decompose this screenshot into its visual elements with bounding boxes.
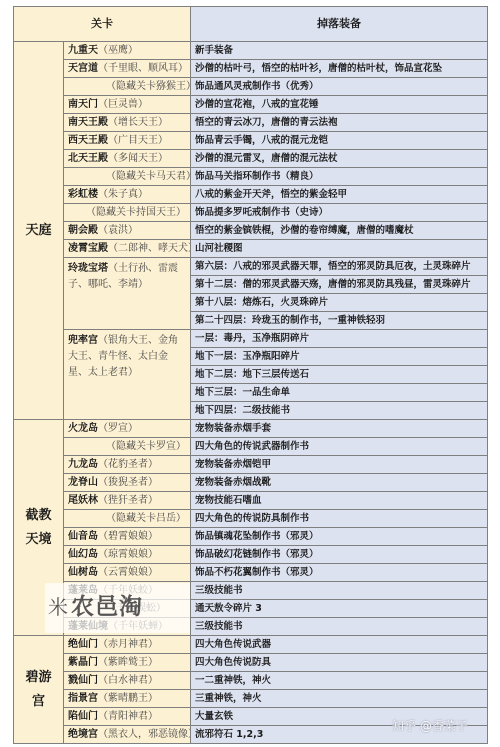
- level-name: 陷仙门: [68, 711, 98, 722]
- level-cell: 九龙岛（花豹圣者）: [64, 456, 191, 474]
- drop-cell: 地下一层：玉净瓶阳碎片: [191, 348, 488, 366]
- section-name-line1: 截教: [25, 508, 51, 523]
- boss-name: （增长天王）: [108, 117, 168, 128]
- boss-name: （黑衣人，邪恶镜像）: [98, 729, 191, 740]
- drop-cell: 宠物装备赤烟铠甲: [191, 456, 488, 474]
- table-row: 天庭 九重天（巫鹰） 新手装备: [14, 42, 488, 60]
- level-cell: 彩虹楼（朱子真）: [64, 186, 191, 204]
- level-name: 凌霄宝殿: [68, 243, 108, 254]
- level-name: 指景宫: [68, 693, 98, 704]
- level-name: 仙幻岛: [68, 549, 98, 560]
- boss-name: （紫眸鹫王）: [98, 657, 158, 668]
- level-name: 仙树岛: [68, 567, 98, 578]
- boss-name: （巨灵兽）: [98, 99, 148, 110]
- drop-cell: 一二重神铁，神火: [191, 672, 488, 690]
- table-row: 截教天境 火龙岛（罗宣） 宠物装备赤烟手套: [14, 420, 488, 438]
- hidden-boss-name: （隐藏关卡持国天王）: [68, 207, 186, 218]
- section-biyougong: 碧游宫: [14, 636, 64, 744]
- hidden-boss-name: （隐藏关卡罗宣）: [68, 441, 186, 452]
- section-name-line1: 碧游: [25, 670, 51, 685]
- level-name: 兜率宫: [68, 335, 98, 346]
- drop-cell: 悟空的青云冰刀，唐僧的青云法袍: [191, 114, 488, 132]
- table-row: 兜率宫（银角大王、金角大王、青牛怪、太白金星、太上老君） 一层：毒丹，玉净瓶阴碎…: [14, 330, 488, 348]
- level-cell: 戮仙门（白水神君）: [64, 672, 191, 690]
- table-row: 仙幻岛（琼霄娘娘） 饰品破幻花链制作书（邪灵）: [14, 546, 488, 564]
- level-name: 朝会殿: [68, 225, 98, 236]
- boss-name: （巫鹰）: [98, 45, 138, 56]
- level-cell: 西天王殿（广目天王）: [64, 132, 191, 150]
- level-cell: 朝会殿（袁洪）: [64, 222, 191, 240]
- drop-cell: 沙僧的混元雷叉，唐僧的混元法杖: [191, 150, 488, 168]
- table-row: 玲珑宝塔（土行孙、雷震子、哪吒、李靖） 第六层：八戒的邪灵武器天罪，悟空的邪灵防…: [14, 258, 488, 276]
- level-cell: 仙幻岛（琼霄娘娘）: [64, 546, 191, 564]
- level-name: 玲珑宝塔: [68, 263, 108, 274]
- drop-cell: 宠物装备赤烟战靴: [191, 474, 488, 492]
- drop-cell: 第十二层：僧的邪灵武器天殇，唐僧的邪灵防具残昼，雷灵珠碎片: [191, 276, 488, 294]
- level-name: 九龙岛: [68, 459, 98, 470]
- boss-name: （狻猊圣者）: [98, 477, 158, 488]
- boss-name: （白水神君）: [98, 675, 158, 686]
- boss-name: （花豹圣者）: [98, 459, 158, 470]
- level-cell: 火龙岛（罗宣）: [64, 420, 191, 438]
- table-row: （隐藏关卡猕猴王） 饰品通风灵戒制作书（优秀）: [14, 78, 488, 96]
- drop-cell: 饰品破幻花链制作书（邪灵）: [191, 546, 488, 564]
- boss-name: （青阳神君）: [98, 711, 158, 722]
- drop-cell: 山河社稷图: [191, 240, 488, 258]
- table-row: 仙树岛（云霄娘娘） 饰品不朽花翼制作书（邪灵）: [14, 564, 488, 582]
- level-name: 绝仙门: [68, 639, 98, 650]
- drop-cell: 四大角色的传说防具制作书: [191, 510, 488, 528]
- drop-cell: 饰品青云手镯，八戒的混元龙铠: [191, 132, 488, 150]
- table-row: 天宫道（千里眼、顺风耳） 沙僧的枯叶弓，悟空的枯叶衫，唐僧的枯叶杖，饰品宣花坠: [14, 60, 488, 78]
- level-cell: 紫晶门（紫眸鹫王）: [64, 654, 191, 672]
- hidden-level-cell: （隐藏关卡罗宣）: [64, 438, 191, 456]
- table-row: （隐藏关卡罗宣） 四大角色的传说武器制作书: [14, 438, 488, 456]
- level-name: 龙脊山: [68, 477, 98, 488]
- drop-cell: 宠物装备赤烟手套: [191, 420, 488, 438]
- table-row: 九龙岛（花豹圣者） 宠物装备赤烟铠甲: [14, 456, 488, 474]
- hidden-level-cell: （隐藏关卡马天君）: [64, 168, 191, 186]
- hidden-level-cell: （隐藏关卡持国天王）: [64, 204, 191, 222]
- level-cell: 九重天（巫鹰）: [64, 42, 191, 60]
- level-name: 彩虹楼: [68, 189, 98, 200]
- level-cell: 绝境宫（黑衣人，邪恶镜像）: [64, 726, 191, 744]
- drop-cell: 第六层：八戒的邪灵武器天罪，悟空的邪灵防具厄夜，土灵珠碎片: [191, 258, 488, 276]
- drop-cell: 饰品通风灵戒制作书（优秀）: [191, 78, 488, 96]
- drop-cell: 沙僧的宣花袍，八戒的宣花锤: [191, 96, 488, 114]
- table-row: 北天王殿（多闻天王） 沙僧的混元雷叉，唐僧的混元法杖: [14, 150, 488, 168]
- boss-name: （琼霄娘娘）: [98, 549, 158, 560]
- level-cell-palace: 兜率宫（银角大王、金角大王、青牛怪、太白金星、太上老君）: [64, 330, 191, 420]
- drop-cell: 通天敖令碎片 3: [191, 600, 488, 618]
- table-row: 指景宫（紫晴鹏王） 三重神铁，神火: [14, 690, 488, 708]
- drop-cell: 饰品马关指环制作书（精良）: [191, 168, 488, 186]
- boss-name: （袁洪）: [98, 225, 138, 236]
- table-row: 南天王殿（增长天王） 悟空的青云冰刀，唐僧的青云法袍: [14, 114, 488, 132]
- level-name: 西天王殿: [68, 135, 108, 146]
- boss-name: （广目天王）: [108, 135, 168, 146]
- table-row: （隐藏关卡吕岳） 四大角色的传说防具制作书: [14, 510, 488, 528]
- table-row: 碧游宫 绝仙门（赤月神君） 四大角色传说武器: [14, 636, 488, 654]
- drop-cell: 三级技能书: [191, 618, 488, 636]
- table-row: 彩虹楼（朱子真） 八戒的紫金开天斧，悟空的紫金轻甲: [14, 186, 488, 204]
- level-name: 北天王殿: [68, 153, 108, 164]
- hidden-boss-name: （隐藏关卡吕岳）: [68, 513, 186, 524]
- source-watermark: 知乎 @香菜子: [392, 717, 468, 734]
- table-row: 尾妖林（狴犴圣者） 宠物技能石嗜血: [14, 492, 488, 510]
- level-cell: 凌霄宝殿（二郎神、哮天犬）: [64, 240, 191, 258]
- level-name: 九重天: [68, 45, 98, 56]
- table-row: 戮仙门（白水神君） 一二重神铁，神火: [14, 672, 488, 690]
- level-cell: 南天门（巨灵兽）: [64, 96, 191, 114]
- drop-cell: 三重神铁，神火: [191, 690, 488, 708]
- drop-cell: 一层：毒丹，玉净瓶阴碎片: [191, 330, 488, 348]
- boss-name: （云霄娘娘）: [98, 567, 158, 578]
- drop-cell: 八戒的紫金开天斧，悟空的紫金轻甲: [191, 186, 488, 204]
- drop-cell: 地下二层：地下三层传送石: [191, 366, 488, 384]
- boss-name: （碧霄娘娘）: [98, 531, 158, 542]
- equipment-drop-table: 关卡 掉落装备 天庭 九重天（巫鹰） 新手装备 天宫道（千里眼、顺风耳） 沙僧的…: [13, 6, 488, 744]
- level-name: 紫晶门: [68, 657, 98, 668]
- drop-cell: 四大角色的传说武器制作书: [191, 438, 488, 456]
- boss-name: （二郎神、哮天犬）: [108, 243, 191, 254]
- boss-name: （狴犴圣者）: [98, 495, 158, 506]
- drop-cell: 四大角色传说武器: [191, 636, 488, 654]
- table-row: （隐藏关卡马天君） 饰品马关指环制作书（精良）: [14, 168, 488, 186]
- level-cell: 天宫道（千里眼、顺风耳）: [64, 60, 191, 78]
- hidden-boss-name: （隐藏关卡猕猴王）: [68, 81, 191, 92]
- level-cell: 北天王殿（多闻天王）: [64, 150, 191, 168]
- boss-name: （紫晴鹏王）: [98, 693, 158, 704]
- section-name-line2: 天境: [25, 532, 51, 547]
- level-name: 戮仙门: [68, 675, 98, 686]
- level-cell: 仙树岛（云霄娘娘）: [64, 564, 191, 582]
- level-name: 绝境宫: [68, 729, 98, 740]
- level-name: 天宫道: [68, 63, 98, 74]
- level-cell: 仙音岛（碧霄娘娘）: [64, 528, 191, 546]
- level-name: 尾妖林: [68, 495, 98, 506]
- logo-mark-icon: 米: [48, 595, 69, 619]
- level-name: 火龙岛: [68, 423, 98, 434]
- level-cell: 绝仙门（赤月神君）: [64, 636, 191, 654]
- table-row: 紫晶门（紫眸鹫王） 四大角色传说防具: [14, 654, 488, 672]
- level-cell: 陷仙门（青阳神君）: [64, 708, 191, 726]
- boss-name: （罗宣）: [98, 423, 138, 434]
- boss-name: （赤月神君）: [98, 639, 158, 650]
- level-name: 仙音岛: [68, 531, 98, 542]
- drop-cell: 新手装备: [191, 42, 488, 60]
- drop-cell: 四大角色传说防具: [191, 654, 488, 672]
- drop-cell: 第二十四层：玲珑玉的制作书，一重神铁轻羽: [191, 312, 488, 330]
- table-row: 西天王殿（广目天王） 饰品青云手镯，八戒的混元龙铠: [14, 132, 488, 150]
- level-cell: 龙脊山（狻猊圣者）: [64, 474, 191, 492]
- hidden-level-cell: （隐藏关卡猕猴王）: [64, 78, 191, 96]
- drop-cell: 饰品提多罗吒戒制作书（史诗）: [191, 204, 488, 222]
- section-tianting: 天庭: [14, 42, 64, 420]
- drop-cell: 沙僧的枯叶弓，悟空的枯叶衫，唐僧的枯叶杖，饰品宣花坠: [191, 60, 488, 78]
- drop-cell: 地下四层：二级技能书: [191, 402, 488, 420]
- hidden-level-cell: （隐藏关卡吕岳）: [64, 510, 191, 528]
- table-header-row: 关卡 掉落装备: [14, 7, 488, 42]
- table-row: 南天门（巨灵兽） 沙僧的宣花袍，八戒的宣花锤: [14, 96, 488, 114]
- drop-cell: 饰品镇魂花坠制作书（邪灵）: [191, 528, 488, 546]
- logo-text: 农邑淘: [71, 594, 143, 620]
- header-level: 关卡: [14, 7, 191, 42]
- boss-name: （多闻天王）: [108, 153, 168, 164]
- level-name: 南天王殿: [68, 117, 108, 128]
- drop-cell: 第十八层：熔炼石，火灵珠碎片: [191, 294, 488, 312]
- drop-cell: 宠物技能石嗜血: [191, 492, 488, 510]
- level-cell: 尾妖林（狴犴圣者）: [64, 492, 191, 510]
- hidden-boss-name: （隐藏关卡马天君）: [68, 171, 191, 182]
- boss-name: （千里眼、顺风耳）: [98, 63, 188, 74]
- table-row: 朝会殿（袁洪） 悟空的紫金镔铁棍，沙僧的卷帘缚魔，唐僧的嗜魔杖: [14, 222, 488, 240]
- table-row: （隐藏关卡持国天王） 饰品提多罗吒戒制作书（史诗）: [14, 204, 488, 222]
- level-cell-tower: 玲珑宝塔（土行孙、雷震子、哪吒、李靖）: [64, 258, 191, 330]
- boss-name: （朱子真）: [98, 189, 148, 200]
- level-name: 南天门: [68, 99, 98, 110]
- drop-cell: 三级技能书: [191, 582, 488, 600]
- drop-cell: 饰品不朽花翼制作书（邪灵）: [191, 564, 488, 582]
- drop-cell: 地下三层：一品生命单: [191, 384, 488, 402]
- table-row: 凌霄宝殿（二郎神、哮天犬） 山河社稷图: [14, 240, 488, 258]
- drop-cell: 悟空的紫金镔铁棍，沙僧的卷帘缚魔，唐僧的嗜魔杖: [191, 222, 488, 240]
- watermark-logo: 米农邑淘: [48, 588, 143, 621]
- level-cell: 指景宫（紫晴鹏王）: [64, 690, 191, 708]
- header-drops: 掉落装备: [191, 7, 488, 42]
- section-name-line2: 宫: [32, 694, 45, 709]
- level-cell: 南天王殿（增长天王）: [64, 114, 191, 132]
- table-row: 仙音岛（碧霄娘娘） 饰品镇魂花坠制作书（邪灵）: [14, 528, 488, 546]
- table-row: 龙脊山（狻猊圣者） 宠物装备赤烟战靴: [14, 474, 488, 492]
